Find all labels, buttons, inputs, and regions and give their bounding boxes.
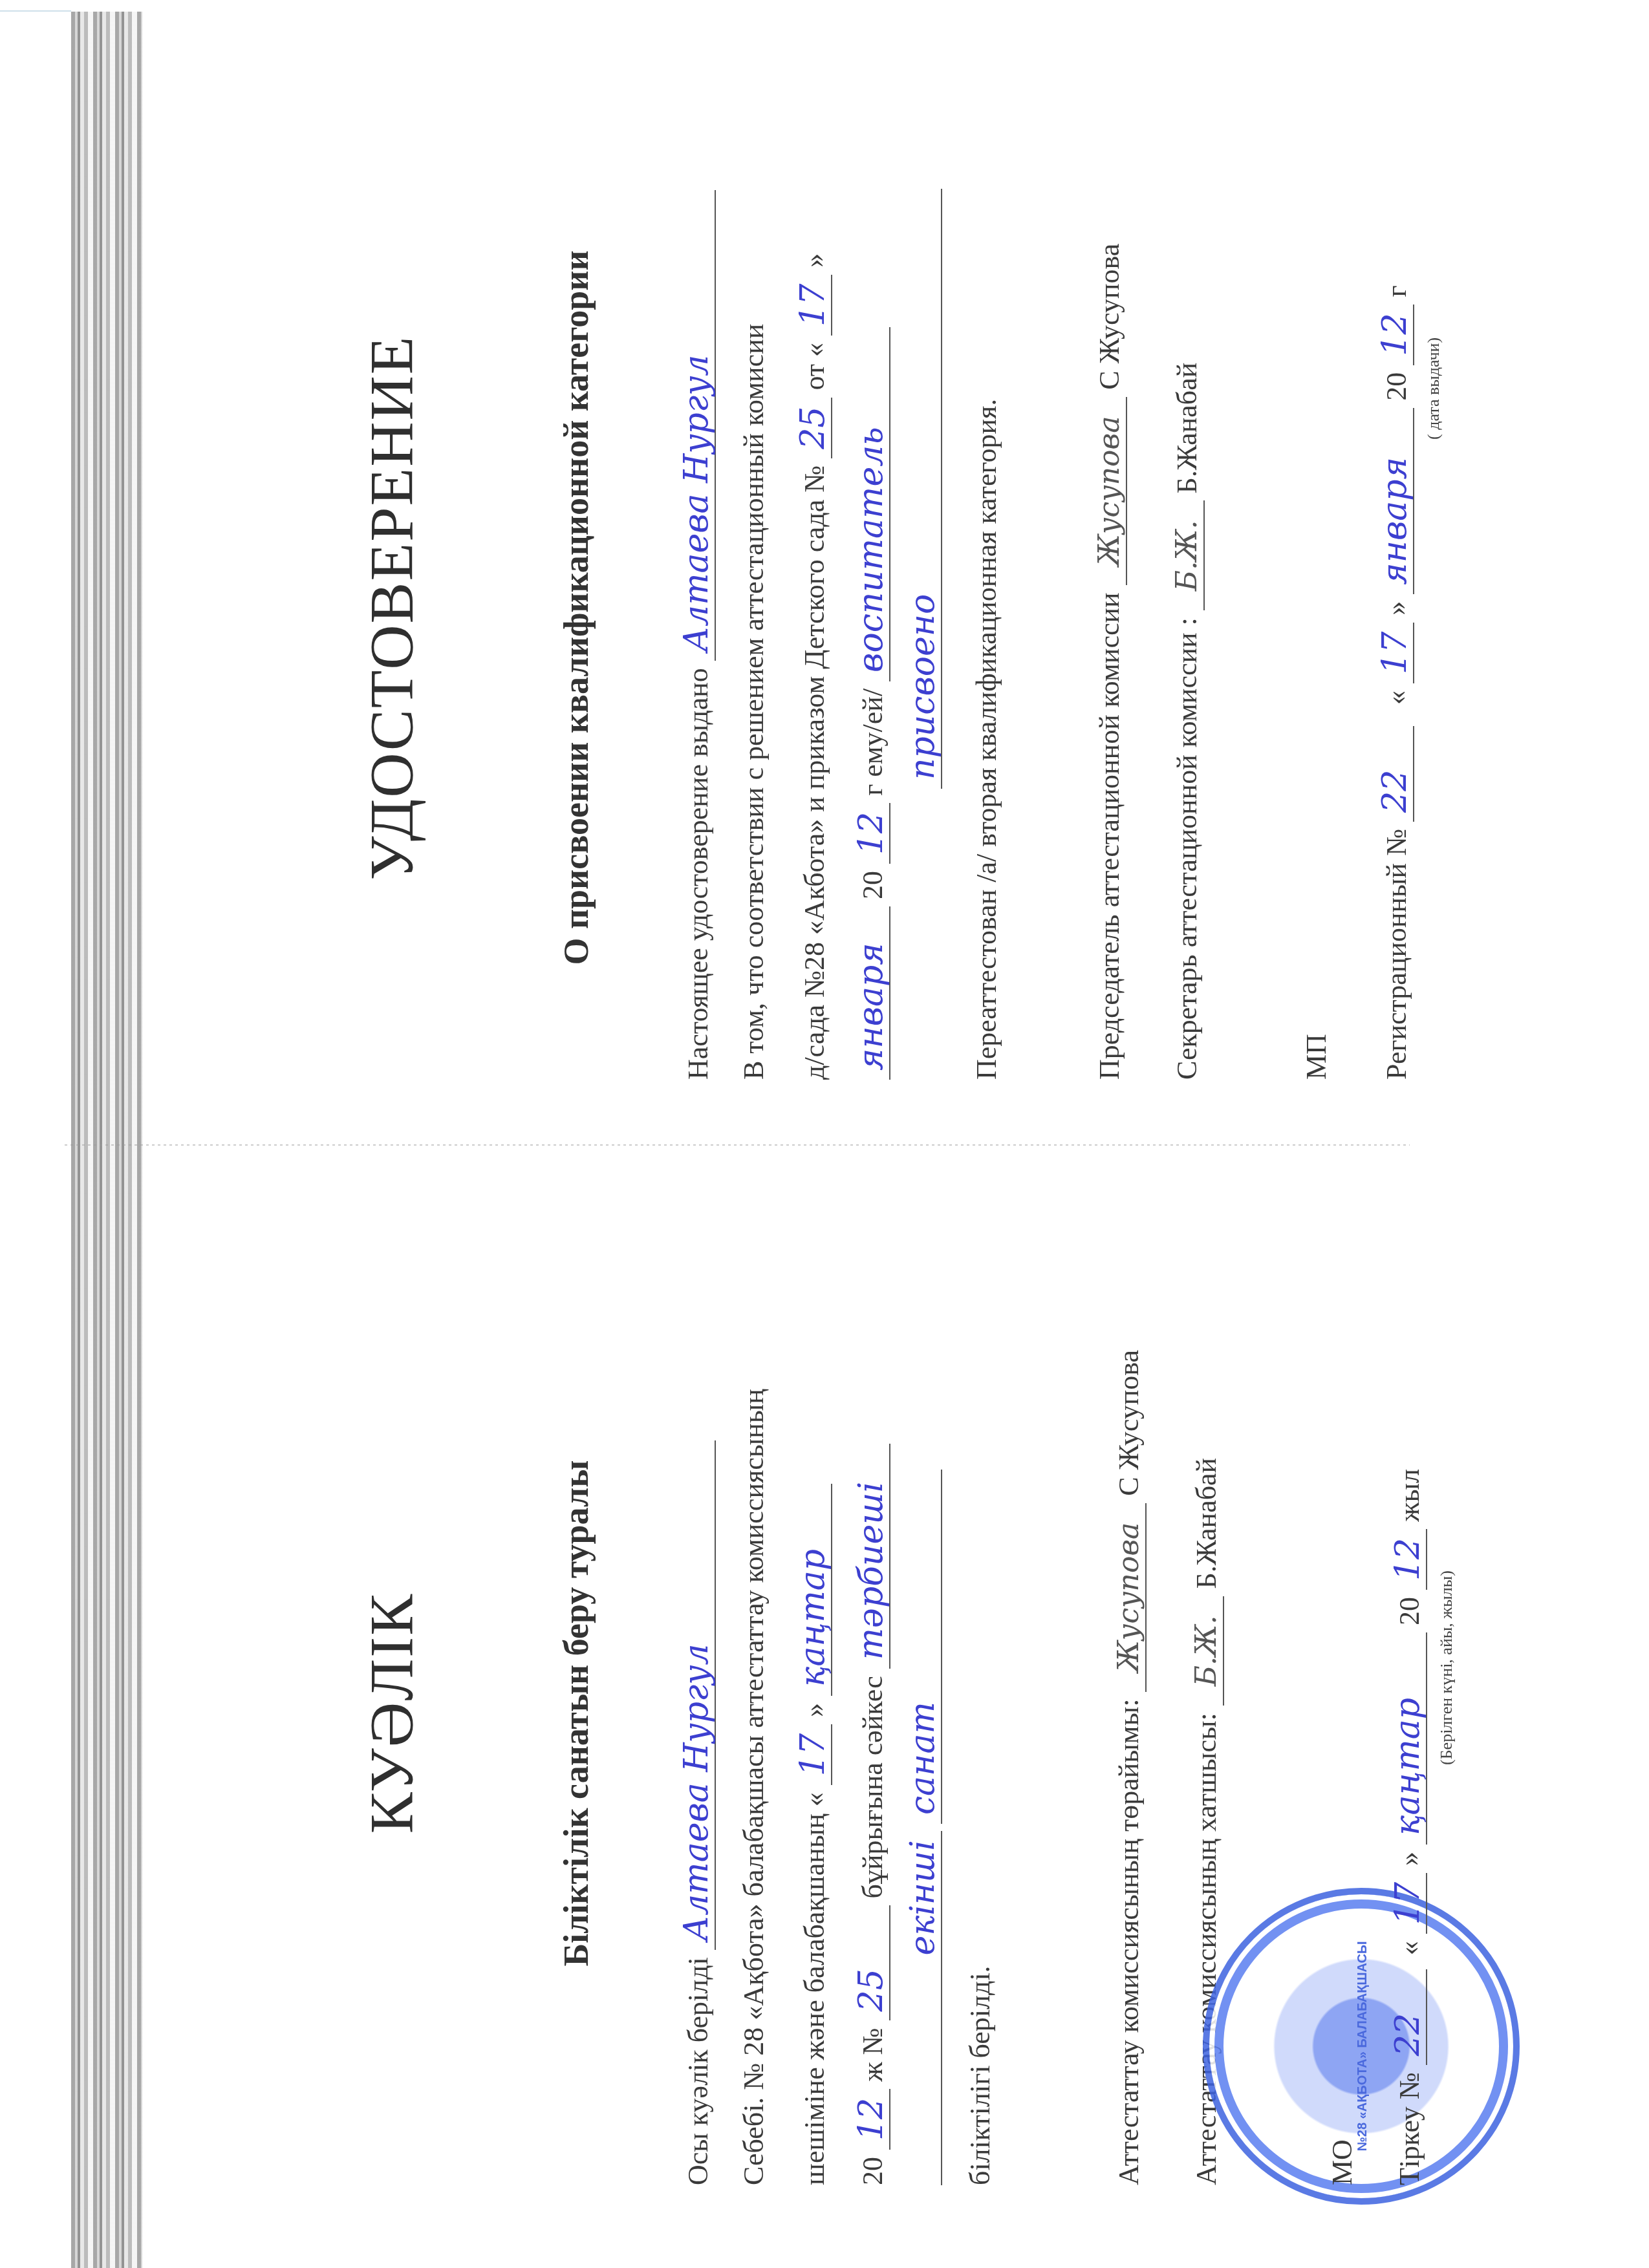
kz-category-word: санат [905,1470,942,1824]
ru-issued-to-line: Настоящее удостоверение выдано Алтаева Н… [679,190,716,1080]
ru-quote-open: « [1381,690,1412,705]
kz-order-number: 25 [854,1905,890,2020]
ru-order-number: 25 [795,398,832,458]
ru-reg-day: 17 [1377,623,1414,683]
ru-date-position-line: января 20 12 г ему/ей/ воспитатель [854,327,890,1080]
kz-secretary-label: Аттестаттау комиссиясының хатшысы: [1191,1713,1222,2185]
ru-registration-row: Регистрационный № 22 « 17 » января 20 12… [1377,285,1414,1080]
ru-reg-number: 22 [1377,726,1414,822]
ru-reg-label: Регистрационный № [1381,829,1412,1080]
kz-reg-day: 17 [1390,1873,1427,1934]
ru-order-from-label: от « [799,343,830,390]
kz-issued-to-line: Осы куәлік берілді Алтаева Нургул [679,1440,716,2185]
kz-position: тәрбиеші [854,1444,890,1669]
kz-order-no-label: ж № [857,2027,889,2081]
scan-top-edge [0,10,71,12]
kz-reason-line: Себебі. № 28 «Ақбота» балабақшасы аттест… [737,1389,770,2185]
ru-secretary-label: Секретарь аттестационной комиссии : [1171,617,1203,1080]
ru-title: УДОСТОВЕРЕНИЕ [356,91,427,1125]
russian-certificate-page: УДОСТОВЕРЕНИЕ О присвоении квалификацион… [317,91,1546,1125]
kz-quote-open: « [1394,1941,1425,1955]
ru-category-line: Переаттестован /а/ вторая квалификационн… [970,399,1003,1080]
ru-to-him-her-label: г ему/ей/ [857,689,889,796]
ru-chair-row: Председатель аттестационной комиссии Жус… [1093,244,1127,1080]
kz-reg-year-prefix: 20 [1394,1597,1425,1625]
kz-title: КУӘЛІК [356,1196,427,2231]
kz-chair-name: С Жусупова [1113,1350,1145,1496]
ru-reg-year-prefix: 20 [1381,372,1412,401]
ru-order-line: д/сада №28 «Акбота» и приказом Детского … [795,253,832,1080]
ru-secretary-row: Секретарь аттестационной комиссии : Б.Ж.… [1170,363,1205,1080]
kz-secretary-name: Б.Жанабай [1191,1458,1222,1589]
ru-assigned-handwritten: присвоено [905,189,942,789]
scan-binding-edge [71,12,142,2268]
kz-decision-line: шешіміне және балабақшаның « 17 » қаңтар [795,1484,832,2185]
kz-category-handwritten-line: екінші санат [905,1470,942,2185]
kz-quote-close-2: » [1394,1852,1425,1866]
ru-reg-caption: ( дата выдачи) [1424,337,1443,440]
ru-recipient-name: Алтаева Нургул [679,190,716,661]
kz-reg-year: 12 [1390,1529,1427,1590]
kz-reg-month: қаңтар [1390,1632,1427,1845]
kazakh-certificate-page: КУӘЛІК Біліктілік санатын беру туралы Ос… [317,1196,1546,2231]
ru-position: воспитатель [854,327,890,681]
kz-qualification-line: біліктілігі берілді. [964,1965,997,2185]
ru-order-label: д/сада №28 «Акбота» и приказом Детского … [799,465,830,1080]
kz-recipient-name: Алтаева Нургул [679,1440,716,1950]
kz-decision-label: шешіміне және балабақшаның « [799,1792,830,2185]
ru-secretary-signature: Б.Ж. [1170,500,1205,610]
kz-reg-year-suffix: жыл [1394,1469,1425,1522]
kz-stamp-place: МО [1326,2139,1359,2185]
kz-secretary-signature: Б.Ж. [1190,1596,1224,1706]
kz-year-prefix: 20 [857,2157,889,2185]
kz-according-label: бұйрығына сәйкес [857,1676,889,1898]
kz-chair-signature: Жусупова [1112,1503,1147,1692]
kz-quote-close: » [799,1703,830,1717]
kz-reg-label: Тіркеу № [1394,2072,1425,2185]
ru-reg-year-suffix: г [1381,285,1412,297]
ru-issued-to-label: Настоящее удостоверение выдано [682,668,714,1080]
kz-order-day: 17 [795,1724,832,1785]
ru-quote-close: » [799,253,830,268]
kz-chair-label: Аттестаттау комиссиясының төрайымы: [1113,1699,1145,2185]
ru-stamp-place: МП [1300,1034,1333,1080]
ru-chair-signature: Жусупова [1093,397,1127,586]
ru-decision-line: В том, что соответствии с решением аттес… [737,324,770,1080]
ru-secretary-name: Б.Жанабай [1171,363,1203,494]
kz-order-month: қаңтар [795,1484,832,1696]
official-seal-stamp: №28 «АҚБОТА» БАЛАБАҚШАСЫ [1203,1888,1520,2205]
kz-chair-row: Аттестаттау комиссиясының төрайымы: Жусу… [1112,1350,1147,2185]
ru-order-year: 12 [854,803,890,864]
kz-registration-row: Тіркеу № 22 « 17 » қаңтар 20 12 жыл [1390,1469,1427,2185]
ru-reg-month: января [1377,408,1414,594]
kz-subtitle: Біліктілік санатын беру туралы [556,1196,596,2231]
ru-order-month: января [854,906,890,1080]
ru-quote-close-2: » [1381,601,1412,615]
kz-reg-number: 22 [1390,1969,1427,2065]
ru-chair-name: С Жусупова [1094,244,1125,390]
ru-order-day: 17 [795,275,832,336]
kz-reg-caption: (Берілген күні, айы, жылы) [1437,1570,1456,1765]
ru-subtitle: О присвоении квалификационной категории [556,91,596,1125]
page-fold-line [65,1144,1410,1146]
ru-reg-year: 12 [1377,305,1414,365]
ru-assigned-line: присвоено [905,189,942,789]
ru-year-prefix: 20 [857,871,889,899]
kz-issued-to-label: Осы куәлік берілді [682,1957,714,2185]
ru-chair-label: Председатель аттестационной комиссии [1094,592,1125,1080]
kz-category-ordinal: екінші [905,1831,942,2185]
kz-order-line: 20 12 ж № 25 бұйрығына сәйкес тәрбиеші [854,1444,890,2185]
kz-order-year: 12 [854,2089,890,2150]
